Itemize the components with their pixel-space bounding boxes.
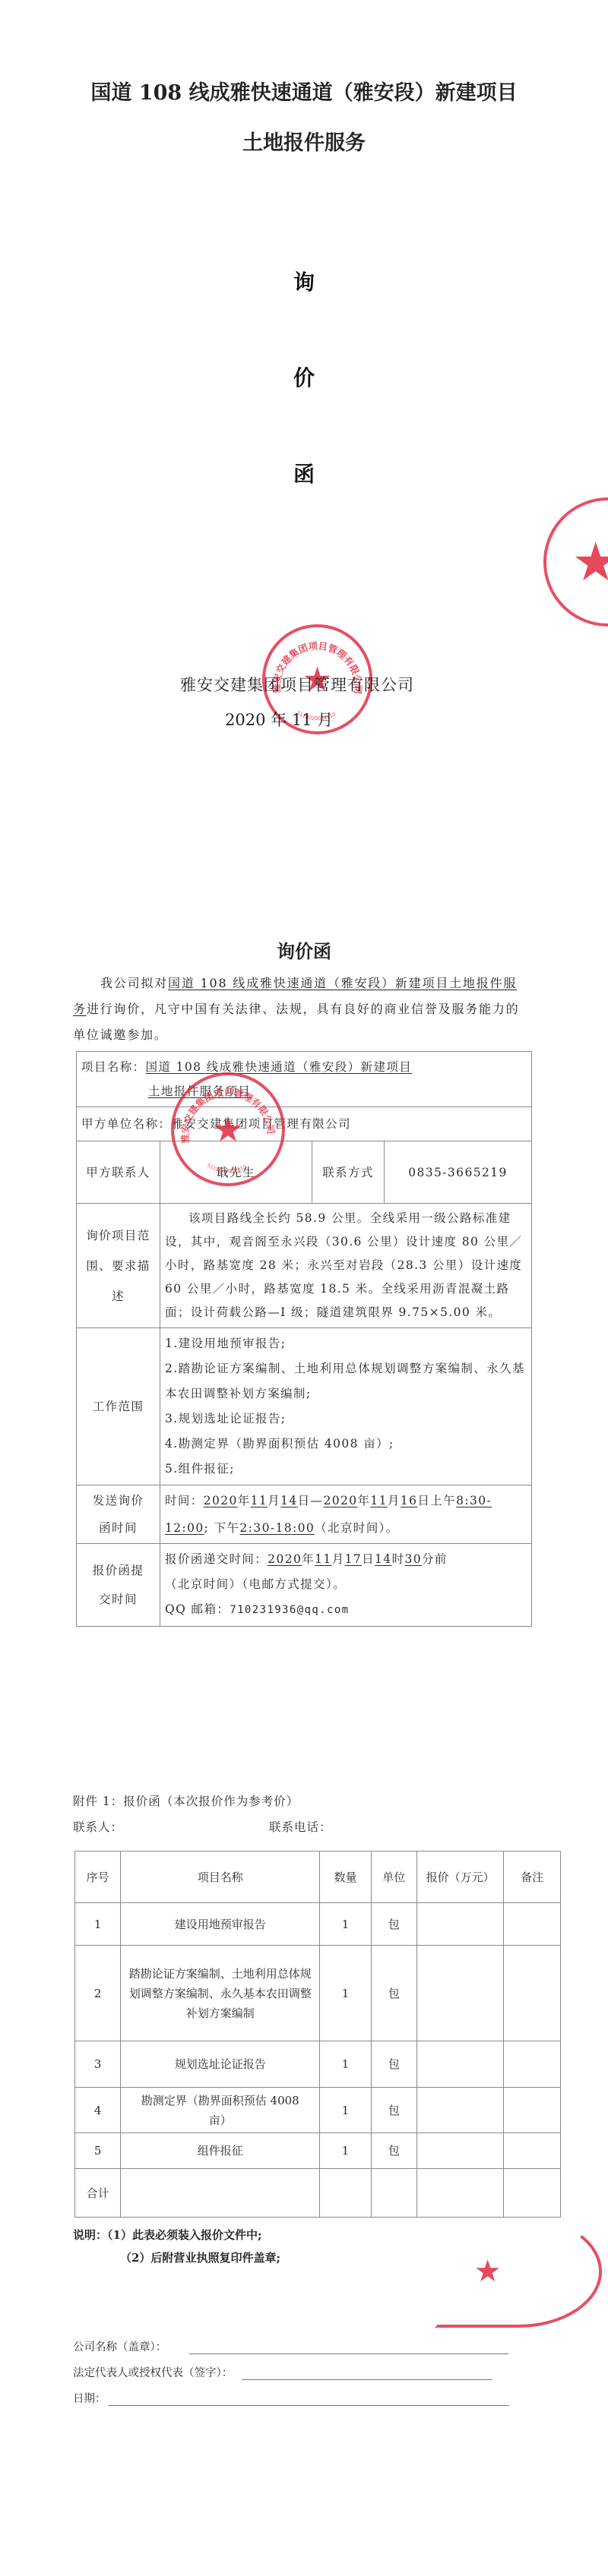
sign-company-field[interactable] (189, 2344, 508, 2354)
row-send-time: 发送询价函时间 时间：2020年11月14日—2020年11月16日上午8:30… (77, 1485, 532, 1544)
phone-value: 0835-3665219 (385, 1141, 532, 1204)
price-cell[interactable] (416, 2133, 504, 2169)
submit-time-text: 报价函递交时间：2020年11月17日14时30分前 （北京时间）（电邮方式提交… (160, 1544, 532, 1627)
project-name-label: 项目名称： (81, 1060, 146, 1074)
quote-header-row: 序号 项目名称 数量 单位 报价（万元） 备注 (75, 1851, 561, 1903)
email-label: QQ 邮箱： (165, 1602, 230, 1616)
sign-date-field[interactable] (108, 2395, 509, 2406)
cover-doc-char-3: 函 (0, 458, 608, 488)
work-label: 工作范围 (77, 1328, 160, 1485)
row-contact: 甲方联系人 戢先生 联系方式 0835-3665219 (77, 1141, 532, 1204)
work-item: 2.踏勘论证方案编制、土地利用总体规划调整方案编制、永久基本农田调整补划方案编制… (165, 1356, 527, 1406)
remark-cell[interactable] (504, 2041, 561, 2088)
party-a-label: 甲方单位名称： (81, 1117, 171, 1131)
sign-company-label: 公司名称（盖章）： (73, 2338, 166, 2354)
cover-date: 2020 年 11 月 (225, 708, 333, 731)
total-label: 合计 (75, 2169, 121, 2218)
contact-value: 戢先生 (160, 1141, 312, 1204)
row-work-scope: 工作范围 1.建设用地预审报告; 2.踏勘论证方案编制、土地利用总体规划调整方案… (77, 1328, 532, 1485)
row-scope: 询价项目范围、要求描述 该项目路线全长约 58.9 公里。全线采用一级公路标准建… (77, 1204, 532, 1328)
project-name-line2: 土地报件服务项目 (148, 1084, 251, 1098)
total-row: 合计 (75, 2169, 561, 2218)
remark-cell[interactable] (504, 2133, 561, 2169)
company-seal-edge-quote: ★ (435, 2215, 602, 2328)
cover-issuer: 雅安交建集团项目管理有限公司 (180, 673, 414, 696)
work-item: 1.建设用地预审报告; (165, 1331, 527, 1356)
phone-label: 联系方式 (312, 1141, 385, 1204)
attachment-title: 附件 1：报价函（本次报价作为参考价） (73, 1792, 299, 1809)
notes-label: 说明： (73, 2228, 107, 2242)
email-link[interactable]: 710231936@qq.com (230, 1604, 349, 1616)
price-cell[interactable] (416, 1946, 504, 2041)
inquiry-info-table: 项目名称：国道 108 线成雅快速通道（雅安段）新建项目 土地报件服务项目 甲方… (76, 1051, 532, 1627)
note-2: （2）后附营业执照复印件盖章; (120, 2251, 280, 2265)
company-seal-edge: ★ (543, 497, 608, 627)
price-cell[interactable] (416, 2088, 504, 2133)
sign-date: 日期： (73, 2390, 509, 2406)
col-header: 数量 (320, 1851, 371, 1903)
quote-table: 序号 项目名称 数量 单位 报价（万元） 备注 1 建设用地预审报告 1 包 2… (74, 1851, 561, 2218)
price-cell[interactable] (416, 1903, 504, 1946)
send-time-text: 时间：2020年11月14日—2020年11月16日上午8:30-12:00; … (160, 1485, 532, 1544)
seal-star-icon: ★ (572, 531, 608, 593)
project-name-line1: 国道 108 线成雅快速通道（雅安段）新建项目 (146, 1060, 413, 1074)
work-item: 3.规划选址论证报告; (165, 1406, 527, 1432)
table-row: 5 组件报征 1 包 (75, 2133, 561, 2169)
contact-label: 甲方联系人 (77, 1141, 160, 1204)
price-cell[interactable] (416, 2041, 504, 2088)
total-price-cell[interactable] (416, 2169, 504, 2218)
col-header: 报价（万元） (416, 1851, 504, 1903)
work-item: 4.勘测定界（勘界面积预估 4008 亩）; (165, 1432, 527, 1457)
col-header: 项目名称 (121, 1851, 320, 1903)
table-row: 1 建设用地预审报告 1 包 (75, 1903, 561, 1946)
note-1: （1）此表必须装入报价文件中; (107, 2228, 261, 2242)
cover-title-line1: 国道 108 线成雅快速通道（雅安段）新建项目 (0, 76, 608, 106)
remark-cell[interactable] (504, 2088, 561, 2133)
cover-title-line2: 土地报件服务 (0, 126, 608, 156)
cover-doc-char-1: 询 (0, 266, 608, 296)
sign-date-label: 日期： (73, 2390, 106, 2406)
sign-company: 公司名称（盖章）： (73, 2338, 508, 2354)
col-header: 序号 (75, 1851, 121, 1903)
remark-cell[interactable] (504, 1946, 561, 2041)
notes: 说明：（1）此表必须装入报价文件中; （2）后附营业执照复印件盖章; (73, 2224, 280, 2269)
col-header: 单位 (371, 1851, 416, 1903)
intro-suffix: 进行询价，凡守中国有关法律、法规，具有良好的商业信誉及服务能力的单位诚邀参加。 (73, 1002, 519, 1042)
intro-prefix: 我公司拟对 (100, 976, 168, 990)
letter-intro: 我公司拟对国道 108 线成雅快速通道（雅安段）新建项目土地报件服务进行询价，凡… (73, 971, 529, 1048)
col-header: 备注 (504, 1851, 561, 1903)
seal-star-icon: ★ (474, 2254, 502, 2289)
letter-heading: 询价函 (0, 936, 608, 963)
table-row: 2 踏勘论证方案编制、土地利用总体规划调整方案编制、永久基本农田调整补划方案编制… (75, 1946, 561, 2041)
scope-label: 询价项目范围、要求描述 (77, 1204, 160, 1328)
quote-contact-label: 联系人： (73, 1818, 123, 1835)
sign-rep: 法定代表人或授权代表（签字）： (73, 2364, 492, 2380)
row-submit-time: 报价函提交时间 报价函递交时间：2020年11月17日14时30分前 （北京时间… (77, 1544, 532, 1627)
work-item: 5.组件报征; (165, 1457, 527, 1482)
party-a-value: 雅安交建集团项目管理有限公司 (171, 1117, 351, 1131)
remark-cell[interactable] (504, 1903, 561, 1946)
table-row: 3 规划选址论证报告 1 包 (75, 2041, 561, 2088)
cover-doc-char-2: 价 (0, 361, 608, 392)
row-project-name: 项目名称：国道 108 线成雅快速通道（雅安段）新建项目 土地报件服务项目 (77, 1052, 532, 1107)
quote-phone-label: 联系电话： (269, 1818, 332, 1835)
table-row: 4 勘测定界（勘界面积预估 4008 亩） 1 包 (75, 2088, 561, 2133)
submit-label: 报价函提交时间 (77, 1544, 160, 1627)
row-party-a: 甲方单位名称：雅安交建集团项目管理有限公司 (77, 1107, 532, 1141)
send-label: 发送询价函时间 (77, 1485, 160, 1544)
sign-rep-label: 法定代表人或授权代表（签字）： (73, 2364, 233, 2380)
sign-rep-field[interactable] (242, 2369, 492, 2380)
scope-text: 该项目路线全长约 58.9 公里。全线采用一级公路标准建设，其中，观音阁至永兴段… (160, 1204, 532, 1328)
